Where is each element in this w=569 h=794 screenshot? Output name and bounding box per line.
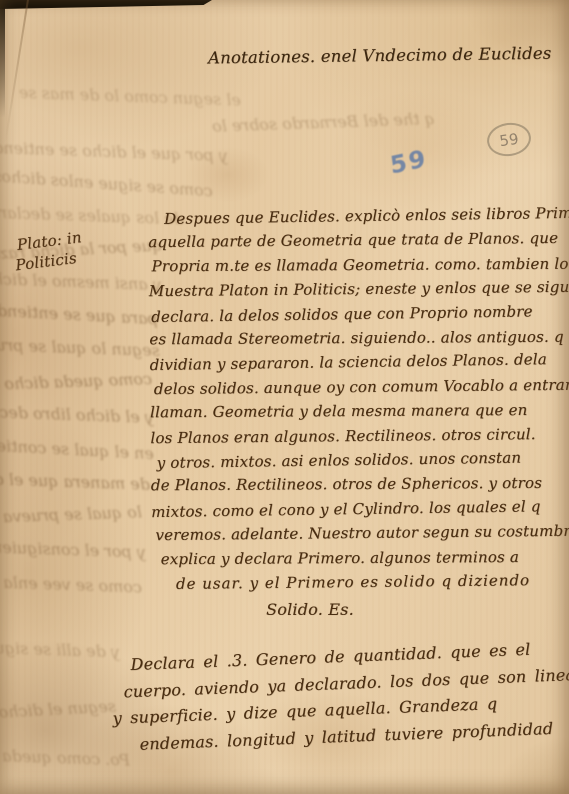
scan-vignette [0,0,569,794]
manuscript-page-scan: el segun como lo de mas seq the del Bern… [0,0,569,794]
